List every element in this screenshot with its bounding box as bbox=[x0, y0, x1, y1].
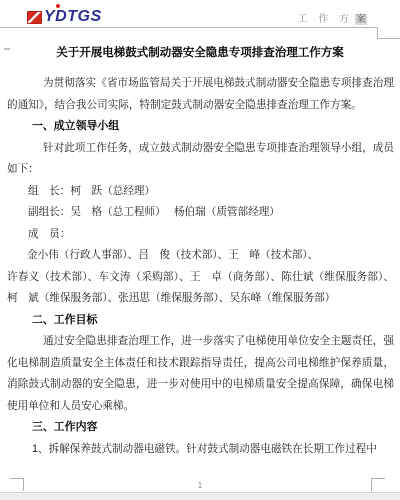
members-label: 成 员： bbox=[7, 224, 394, 246]
deputy-leader-line: 副组长：吴 格（总工程师） 杨伯瑞（质管部经理） bbox=[7, 202, 394, 224]
section3-item-1: 1、拆解保养鼓式制动器电磁铁。针对鼓式制动器电磁铁在长期工作过程中 bbox=[7, 439, 394, 461]
intro-paragraph: 为贯彻落实《省市场监管局关于开展电梯鼓式制动器安全隐患专项排查治理的通知》，结合… bbox=[7, 73, 394, 116]
header-rule-step-horizontal bbox=[377, 38, 400, 39]
logo-text: YDTGS bbox=[44, 8, 102, 26]
logo-dot-icon bbox=[56, 4, 60, 8]
header-rule bbox=[0, 27, 377, 28]
doc-type-shaded-char: 案 bbox=[355, 14, 367, 25]
doc-type-prefix: 工 作 方 bbox=[297, 14, 353, 25]
members-line-1: 金小伟（行政人事部）、吕 俊（技术部）、王 峰（技术部）、 bbox=[7, 245, 394, 267]
document-page: YDTGS 工 作 方案 关于开展电梯鼓式制动器安全隐患专项排查治理工作方案 为… bbox=[0, 0, 400, 500]
footer-corner-mark-left bbox=[10, 478, 24, 491]
document-title: 关于开展电梯鼓式制动器安全隐患专项排查治理工作方案 bbox=[0, 44, 400, 60]
section3-heading: 三、工作内容 bbox=[7, 417, 394, 439]
section2-paragraph: 通过安全隐患排查治理工作，进一步落实了电梯使用单位安全主题责任，强化电梯制造质量… bbox=[7, 331, 394, 417]
section1-lead-paragraph: 针对此项工作任务，成立鼓式制动器安全隐患专项排查治理领导小组，成员如下： bbox=[7, 138, 394, 181]
members-rest: 许春义（技术部）、车文涛（采购部）、王 卓（商务部）、陈仕斌（维保服务部）、柯 … bbox=[7, 267, 394, 310]
page-bottom-edge bbox=[0, 492, 400, 500]
logo-flag-icon bbox=[27, 11, 42, 24]
page-number: 1 bbox=[193, 481, 207, 490]
page-header: YDTGS 工 作 方案 bbox=[0, 0, 400, 42]
document-body: 为贯彻落实《省市场监管局关于开展电梯鼓式制动器安全隐患专项排查治理的通知》，结合… bbox=[7, 73, 394, 460]
section2-heading: 二、工作目标 bbox=[7, 310, 394, 332]
footer-corner-mark-right bbox=[371, 478, 385, 491]
leader-line: 组 长：柯 跃（总经理） bbox=[7, 181, 394, 203]
section1-heading: 一、成立领导小组 bbox=[7, 116, 394, 138]
company-logo: YDTGS bbox=[27, 8, 102, 26]
doc-type-label: 工 作 方案 bbox=[297, 10, 367, 25]
